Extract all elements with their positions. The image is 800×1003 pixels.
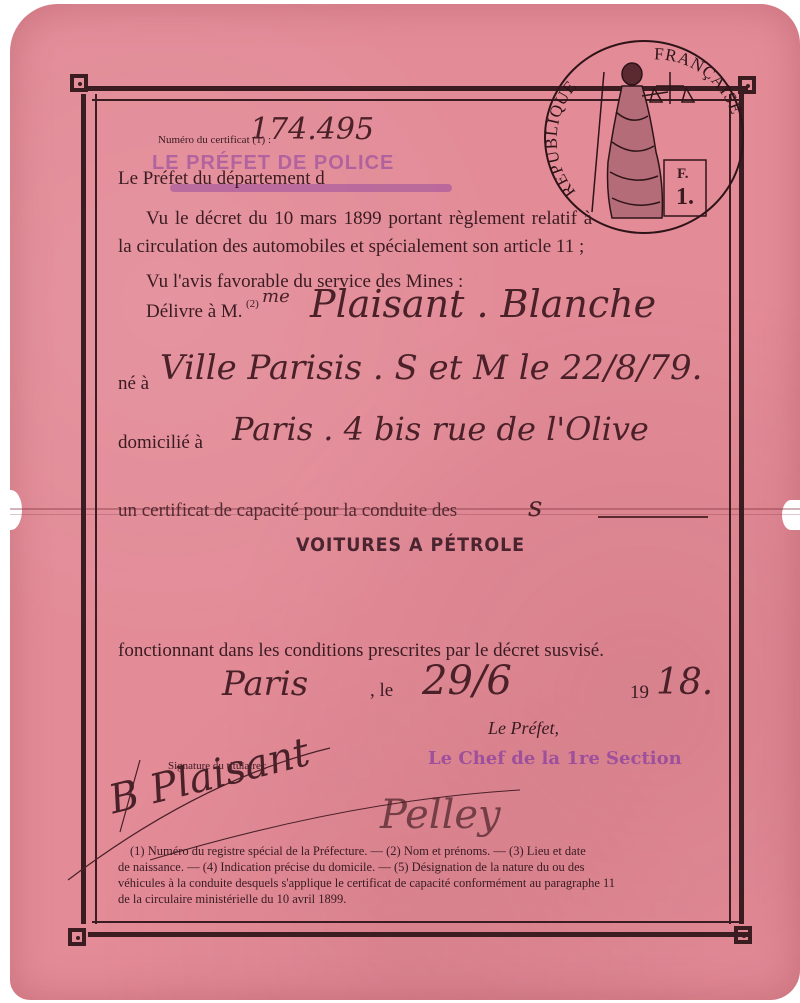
delivre-label: Délivre à M. [146, 301, 243, 323]
footnote-line-1: (1) Numéro du registre spécial de la Pré… [118, 843, 615, 859]
decree-line-2: la circulation des automobiles et spécia… [118, 236, 584, 258]
republique-francaise-seal: REPUBLIQUE FRANÇAISE F. 1. [544, 40, 744, 234]
corner-ornament-top-left [70, 74, 88, 92]
seal-box-number: 1. [676, 184, 694, 211]
decree-line-1: Vu le décret du 10 mars 1899 portant règ… [146, 208, 592, 230]
marianne-justice-icon: REPUBLIQUE FRANÇAISE [546, 42, 742, 232]
date-label: , le [370, 680, 393, 702]
recipient-name: Plaisant . Blanche [310, 282, 656, 326]
birth-label: né à [118, 373, 149, 395]
certificat-blank-line [598, 516, 708, 518]
issue-date: 29/6 [422, 658, 512, 704]
footnote-line-2: de naissance. — (4) Indication précise d… [118, 859, 615, 875]
cert-number-value: 174.495 [250, 112, 374, 147]
corner-ornament-bottom-right [734, 926, 752, 944]
prefet-signature-label: Le Préfet, [488, 718, 559, 739]
svg-text:REPUBLIQUE: REPUBLIQUE [546, 77, 581, 201]
svg-text:FRANÇAISE: FRANÇAISE [654, 44, 742, 117]
footnote-line-4: de la circulaire ministérielle du 10 avr… [118, 891, 615, 907]
seal-box-letter: F. [677, 166, 689, 183]
recipient-title: me [262, 286, 290, 307]
year-suffix: 18. [656, 662, 713, 703]
certificat-plural-mark: s [528, 490, 542, 523]
issue-place: Paris [222, 664, 308, 704]
certificat-line: un certificat de capacité pour la condui… [118, 500, 457, 522]
domicile-address: Paris . 4 bis rue de l'Olive [232, 410, 649, 448]
birth-place-date: Ville Parisis . S et M le 22/8/79. [160, 348, 702, 388]
conditions-line: fonctionnant dans les conditions prescri… [118, 640, 604, 662]
footnote-line-3: véhicules à la conduite desquels s'appli… [118, 875, 615, 891]
delivre-footnote-ref: (2) [246, 298, 259, 310]
torn-edge-right [782, 500, 800, 530]
vehicle-type-stamp: VOITURES A PÉTROLE [296, 534, 525, 556]
chef-section-stamp: Le Chef de la 1re Section [428, 748, 682, 769]
torn-edge-left [0, 490, 22, 530]
prefet-signature: Pelley [380, 792, 501, 838]
domicile-label: domicilié à [118, 432, 203, 454]
year-prefix: 19 [630, 682, 649, 704]
prefet-line: Le Préfet du département d [118, 168, 325, 190]
footnotes: (1) Numéro du registre spécial de la Pré… [118, 843, 615, 907]
corner-ornament-bottom-left [68, 928, 86, 946]
